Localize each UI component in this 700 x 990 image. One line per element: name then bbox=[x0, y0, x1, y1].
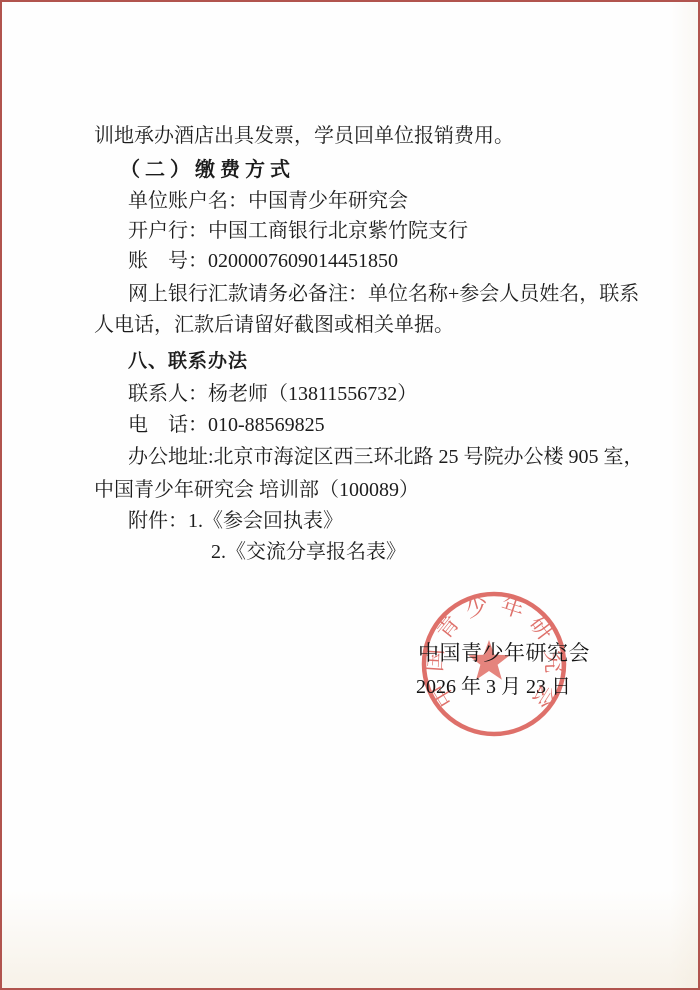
body-line-address-2: 中国青少年研究会 培训部（100089） bbox=[94, 479, 419, 501]
seal-ring-label: 中国青少年研究会 bbox=[421, 592, 566, 713]
body-line-attachment-2: 2.《交流分享报名表》 bbox=[211, 541, 406, 563]
body-line-address-1: 办公地址:北京市海淀区西三环北路 25 号院办公楼 905 室， bbox=[128, 446, 644, 468]
body-line-invoice-note: 训地承办酒店出具发票，学员回单位报销费用。 bbox=[94, 125, 514, 147]
body-line-bank-name: 开户行：中国工商银行北京紫竹院支行 bbox=[128, 220, 468, 242]
body-line-attachment-1: 附件：1.《参会回执表》 bbox=[128, 510, 343, 532]
body-line-account-name: 单位账户名：中国青少年研究会 bbox=[128, 190, 408, 212]
heading-contact-method: 八、联系办法 bbox=[128, 351, 248, 373]
body-line-account-number: 账 号：0200007609014451850 bbox=[128, 250, 398, 272]
body-line-phone: 电 话：010-88569825 bbox=[128, 414, 325, 436]
body-line-remit-note-1: 网上银行汇款请务必备注：单位名称+参会人员姓名，联系 bbox=[128, 283, 639, 305]
official-seal-stamp: 中国青少年研究会 bbox=[417, 587, 577, 747]
body-line-contact-person: 联系人：杨老师（13811556732） bbox=[128, 383, 417, 405]
heading-payment-method: （二）缴费方式 bbox=[120, 159, 295, 181]
document-page: 训地承办酒店出具发票，学员回单位报销费用。 （二）缴费方式 单位账户名：中国青少… bbox=[0, 0, 700, 990]
body-line-remit-note-2: 人电话，汇款后请留好截图或相关单据。 bbox=[94, 314, 454, 336]
seal-star-icon bbox=[468, 640, 510, 680]
